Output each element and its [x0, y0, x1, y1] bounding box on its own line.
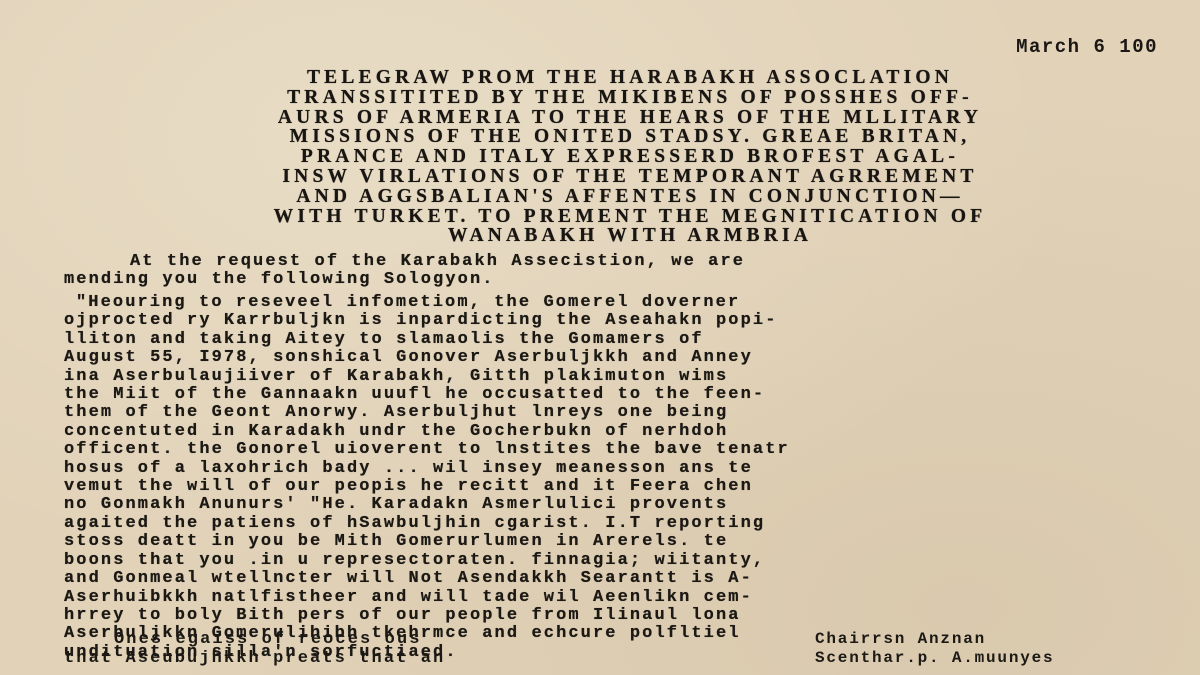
- closing-line: Ones egaiss of reoces ous: [64, 630, 445, 649]
- headline-line: TRANSSITITED BY THE MIKIBENS OF POSSHES …: [80, 88, 1180, 108]
- closing-paragraph: Ones egaiss of reoces ous that Aseubujhk…: [64, 630, 445, 668]
- quote-line: them of the Geont Anorwy. Aserbuljhut ln…: [64, 404, 1164, 422]
- quote-line: ina Aserbulaujiiver of Karabakh, Gitth p…: [64, 368, 1164, 386]
- quote-line: August 55, I978, sonshical Gonover Aserb…: [64, 349, 1164, 367]
- intro-line: At the request of the Karabakh Assecisti…: [64, 253, 1164, 271]
- headline-line: TELEGRAW PROM THE HARABAKH ASSOCLATION: [80, 68, 1180, 88]
- signature-block: Chairrsn Anznan Scenthar.p. A.muunyes: [815, 630, 1054, 668]
- headline-line: AND AGGSBALIAN'S AFFENTES IN CONJUNCTION…: [80, 187, 1180, 207]
- quote-line: and Gonmeal wtellncter will Not Asendakk…: [64, 570, 1164, 588]
- quote-line: boons that you .in u represectoraten. fi…: [64, 552, 1164, 570]
- quote-line: concentuted in Karadakh undr the Gocherb…: [64, 423, 1164, 441]
- headline-line: AURS OF ARMERIA TO THE HEARS OF THE MLLI…: [80, 108, 1180, 128]
- headline-line: INSW VIRLATIONS OF THE TEMPORANT AGRREME…: [80, 167, 1180, 187]
- quote-line: Aserhuibkkh natlfistheer and will tade w…: [64, 589, 1164, 607]
- quote-line: lliton and taking Aitey to slamaolis the…: [64, 331, 1164, 349]
- quote-line: no Gonmakh Anunurs' "He. Karadakn Asmerl…: [64, 496, 1164, 514]
- quoted-message: "Heouring to reseveel infometiom, the Go…: [64, 294, 1164, 662]
- signature-line: Scenthar.p. A.muunyes: [815, 649, 1054, 668]
- headline-line: MISSIONS OF THE ONITED STADSY. GREAE BRI…: [80, 127, 1180, 147]
- intro-paragraph: At the request of the Karabakh Assecisti…: [64, 253, 1164, 290]
- quote-line: "Heouring to reseveel infometiom, the Go…: [64, 294, 1164, 312]
- intro-line: mending you the following Sologyon.: [64, 271, 1164, 289]
- quote-line: the Miit of the Gannaakn uuufl he occusa…: [64, 386, 1164, 404]
- quote-line: hosus of a laxohrich bady ... wil insey …: [64, 460, 1164, 478]
- document-date: March 6 100: [1016, 36, 1158, 58]
- headline-line: PRANCE AND ITALY EXPRESSERD BROFEST AGAL…: [80, 147, 1180, 167]
- quote-line: stoss deatt in you be Mith Gomerurlumen …: [64, 533, 1164, 551]
- telegram-headline: TELEGRAW PROM THE HARABAKH ASSOCLATION T…: [80, 68, 1180, 246]
- headline-line: WANABAKH WITH ARMBRIA: [80, 226, 1180, 246]
- quote-line: hrrey to boly Bith pers of our people fr…: [64, 607, 1164, 625]
- signature-line: Chairrsn Anznan: [815, 630, 1054, 649]
- telegram-document: March 6 100 TELEGRAW PROM THE HARABAKH A…: [0, 0, 1200, 675]
- closing-line: that Aseubujhkkh preats that an: [64, 649, 445, 668]
- headline-line: WITH TURKET. TO PREMENT THE MEGNITICATIO…: [80, 207, 1180, 227]
- quote-line: agaited the patiens of hSawbuljhin cgari…: [64, 515, 1164, 533]
- quote-line: ojprocted ry Karrbuljkn is inpardicting …: [64, 312, 1164, 330]
- quote-line: vemut the will of our peopis he recitt a…: [64, 478, 1164, 496]
- quote-line: officent. the Gonorel uioverent to lnsti…: [64, 441, 1164, 459]
